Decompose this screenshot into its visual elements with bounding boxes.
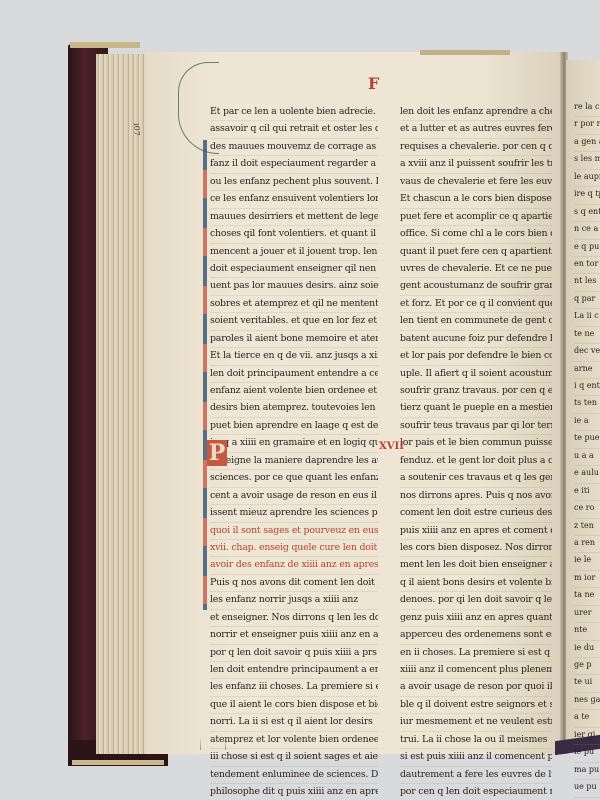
text-column-recto: re la celr por ruya gen amis les mle aup… <box>574 100 600 798</box>
text-line: ie du <box>574 641 600 658</box>
text-line: ire q tp <box>574 187 600 204</box>
text-line: len doit entendre principaument a enseig… <box>210 662 378 679</box>
text-line: s les m <box>574 152 600 169</box>
text-line: ge p <box>574 658 600 675</box>
text-line: xiiii anz il comencent plus plenement <box>400 662 552 679</box>
decorated-initial: P <box>207 440 227 466</box>
text-line: u a a <box>574 449 600 466</box>
text-line: enseigne la maniere daprendre les autres <box>210 453 378 470</box>
text-line: soufrir teus travaus par qi lor terres <box>400 418 552 435</box>
text-line: norri. La ii si est q il aient lor desir… <box>210 714 378 731</box>
text-line: puis xiiii anz en apres et coment q il a… <box>400 523 552 540</box>
text-line: Et chascun a le cors bien dispose quant … <box>400 191 552 208</box>
text-line: des mauues mouvemz de corrage as en <box>210 139 378 156</box>
text-line: mauues desirriers et mettent de leger es <box>210 209 378 226</box>
margin-note: ı07 <box>132 123 141 136</box>
text-line: issent mieuz aprendre les sciences par <box>210 505 378 522</box>
text-line: requises a chevalerie. por cen q quant i… <box>400 139 552 156</box>
text-line: paroles il aient bone memoire et atempe <box>210 331 378 348</box>
text-line: dautrement a fere les euvres de luxure e… <box>400 767 552 784</box>
text-line: a gen ami <box>574 135 600 152</box>
text-line: nt les <box>574 274 600 291</box>
text-line: r por ruy <box>574 117 600 134</box>
text-line: norrir et enseigner puis xiiii anz en ap… <box>210 627 378 644</box>
text-line: si est puis xiiii anz il comencent plus … <box>400 749 552 766</box>
text-line: q il aient bons desirs et volente bien <box>400 575 552 592</box>
text-column-a: Et par ce len a uolente bien adrecie. ce… <box>210 104 378 800</box>
penwork-border-icon <box>203 140 207 610</box>
text-line: enfanz aient volente bien ordenee et lor <box>210 383 378 400</box>
text-line: quant il puet fere cen q apartient as en <box>400 244 552 261</box>
page-block-edge <box>96 54 146 754</box>
text-line: ie pu <box>574 745 600 762</box>
text-line: choses qil font volentiers. et quant il … <box>210 226 378 243</box>
text-line: iur mesmement et ne veulent estre sougez… <box>400 714 552 731</box>
text-line: por q len doit savoir q puis xiiii a prs <box>210 645 378 662</box>
text-line: uple. Il afiert q il soient acoustume a <box>400 366 552 383</box>
text-line: ma pu <box>574 763 600 780</box>
text-line: e aulu <box>574 466 600 483</box>
text-line: avoir des enfanz de xiiii anz en apres. <box>210 557 378 574</box>
text-line: soufrir granz travaus. por cen q en cens… <box>400 383 552 400</box>
text-line: dec ven <box>574 344 600 361</box>
text-line: batent aucune foiz pur defendre lor terr… <box>400 331 552 348</box>
text-line: i q ent <box>574 379 600 396</box>
text-line: philosophe dit q puis xiiii anz en apres <box>210 784 378 800</box>
text-line: desirs bien atemprez. toutevoies len les <box>210 400 378 417</box>
text-line: puet fere et acomplir ce q apartient a s… <box>400 209 552 226</box>
text-line: xvii. chap. enseig quele cure len doit <box>210 540 378 557</box>
text-line: uent pas lor mauues desirs. ainz soient <box>210 278 378 295</box>
text-line: te ne <box>574 327 600 344</box>
text-line: genz puis xiiii anz en apres quant il on… <box>400 610 552 627</box>
text-line: uvres de chevalerie. Et ce ne puet pas e… <box>400 261 552 278</box>
text-line: len tient en communete de gent qi se com <box>400 313 552 330</box>
text-line: denoes. por qi len doit savoir q les jen… <box>400 592 552 609</box>
text-line: sobres et atemprez et qil ne mentent pas… <box>210 296 378 313</box>
text-line: gent acoustumanz de soufrir granz travau… <box>400 278 552 295</box>
gilt-edge-bottom <box>72 760 164 765</box>
text-line: iii chose si est q il soient sages et ai… <box>210 749 378 766</box>
text-line: e iti <box>574 484 600 501</box>
text-line: urer <box>574 606 600 623</box>
text-line: e q pu <box>574 240 600 257</box>
gilt-edge-top <box>70 42 140 48</box>
text-line: trui. La ii chose la ou il meismes <box>400 732 552 749</box>
text-line: et a lutter et as autres euvres fere q s… <box>400 121 552 138</box>
folio-mark: F <box>368 74 379 93</box>
text-line: tendement enluminee de sciences. Dont le <box>210 767 378 784</box>
text-line: ce ro <box>574 501 600 518</box>
text-line: q par <box>574 292 600 309</box>
text-line: atemprez et lor volente bien ordenee. La <box>210 732 378 749</box>
text-line: nes ga <box>574 693 600 710</box>
text-line: nte <box>574 623 600 640</box>
text-line: ie a <box>574 414 600 431</box>
text-line: ie le <box>574 553 600 570</box>
text-line: assavoir q cil qui retrait et oster les … <box>210 121 378 138</box>
text-line: en tor <box>574 257 600 274</box>
chapter-number: XVII <box>379 441 404 452</box>
text-line: doit especiaument enseigner qil nen sui <box>210 261 378 278</box>
text-line: office. Si come chl a le cors bien dispo… <box>400 226 552 243</box>
text-line: les enfanz iii choses. La premiere si es… <box>210 679 378 696</box>
gilt-edge-top-right <box>420 50 510 55</box>
text-line: a te <box>574 710 600 727</box>
text-line: len doit principaument entendre a ce q l… <box>210 366 378 383</box>
text-line: jusq a xiiii en gramaire et en logiq qui <box>210 435 378 452</box>
text-line: quoi il sont sages et pourveuz en eus. C… <box>210 523 378 540</box>
text-line: ce les enfanz ensuivent volentiers lor <box>210 191 378 208</box>
text-line: fanz il doit especiaument regarder a cen <box>210 156 378 173</box>
text-line: fenduz. et le gent lor doit plus a confo… <box>400 453 552 470</box>
text-line: La ii c <box>574 309 600 326</box>
text-line: len doit les enfanz aprendre a chevauch <box>400 104 552 121</box>
text-line: coment len doit estre curieus des enfanz <box>400 505 552 522</box>
text-line: et lor pais por defendre le bien commun … <box>400 348 552 365</box>
text-line: te pue <box>574 431 600 448</box>
text-line: sciences. por ce que quant les enfanz co… <box>210 470 378 487</box>
text-line: ment len les doit bien enseigner a ce <box>400 557 552 574</box>
text-line: mencent a jouer et il jouent trop. len l… <box>210 244 378 261</box>
text-line: z ten <box>574 519 600 536</box>
text-line: cent a avoir usage de reson en eus il pu <box>210 488 378 505</box>
text-line: re la cel <box>574 100 600 117</box>
text-line: le aupre <box>574 170 600 187</box>
text-column-b: len doit les enfanz aprendre a chevauche… <box>400 104 552 800</box>
text-line: les enfanz norrir jusqs a xiiii anz <box>210 592 378 609</box>
text-line: soient veritables. et que en lor fez et … <box>210 313 378 330</box>
text-line: Et la tierce en q de vii. anz jusqs a xi… <box>210 348 378 365</box>
text-line: ble q il doivent estre seignors et segne <box>400 697 552 714</box>
text-line: ue pu <box>574 780 600 797</box>
text-line: et enseigner. Nos dirrons q len les doit <box>210 610 378 627</box>
text-line: que il aient le cors bien dispose et bie <box>210 697 378 714</box>
text-line: Et par ce len a uolente bien adrecie. ce… <box>210 104 378 121</box>
text-line: a soutenir ces travaus et q les gentz me… <box>400 470 552 487</box>
text-line: m ior <box>574 571 600 588</box>
text-line: vaus de chevalerie et fere les euvres de… <box>400 174 552 191</box>
text-line: puet bien aprendre en laage q est de vii <box>210 418 378 435</box>
text-line: a avoir usage de reson por quoi il est f… <box>400 679 552 696</box>
text-line: te ui <box>574 675 600 692</box>
text-line: por cen q len doit especiaument mett <box>400 784 552 800</box>
text-line: ou les enfanz pechent plus souvent. Dont <box>210 174 378 191</box>
text-line: les cors bien disposez. Nos dirrons com <box>400 540 552 557</box>
text-line: en ii choses. La premiere si est q puis <box>400 645 552 662</box>
text-line: a ren <box>574 536 600 553</box>
text-line: Puis q nos avons dit coment len doit <box>210 575 378 592</box>
text-line: arne <box>574 362 600 379</box>
text-line: et forz. Et por ce q il convient que cen… <box>400 296 552 313</box>
text-line: lor pais et le bien commun puisse estre <box>400 435 552 452</box>
text-line: tierz quant le pueple en a mestier il pu… <box>400 400 552 417</box>
text-line: ta ne <box>574 588 600 605</box>
text-line: n ce a <box>574 222 600 239</box>
text-line: ts ten <box>574 396 600 413</box>
text-line: nos dirrons apres. Puis q nos avons dit <box>400 488 552 505</box>
text-line: a xviii anz il puissent soufrir les tra <box>400 156 552 173</box>
text-line: apperceu des ordenemens sont espandu <box>400 627 552 644</box>
text-line: s q ent <box>574 205 600 222</box>
text-line: ier gi <box>574 728 600 745</box>
